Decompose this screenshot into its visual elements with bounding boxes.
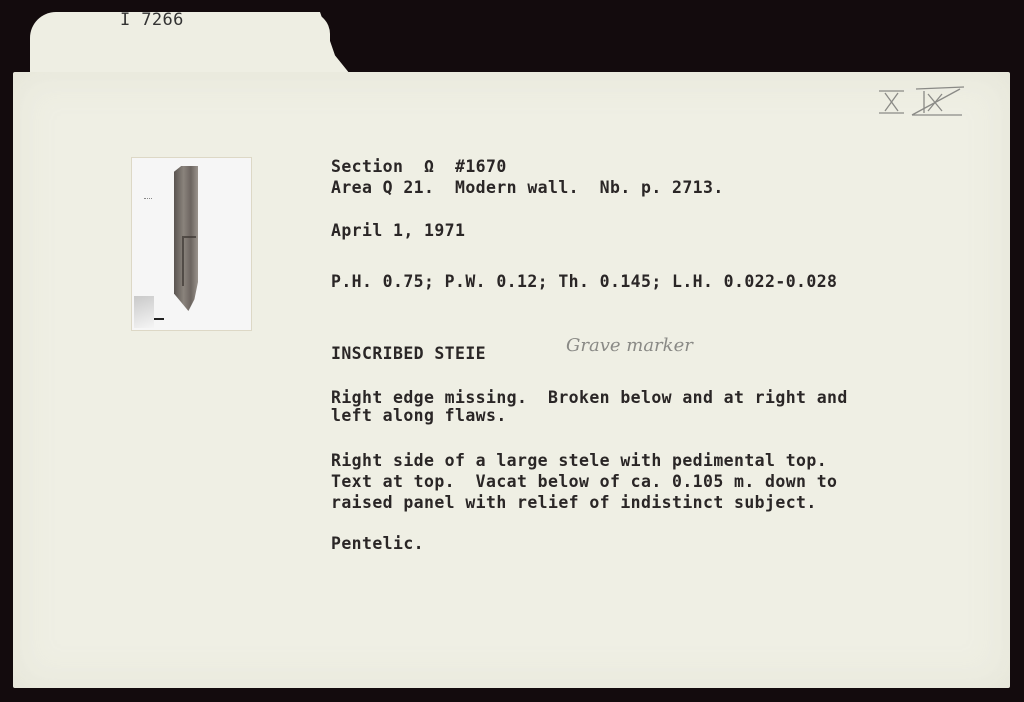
- relief-panel-outline: [182, 236, 196, 286]
- dimensions: P.H. 0.75; P.W. 0.12; Th. 0.145; L.H. 0.…: [331, 273, 837, 291]
- condition-line-2: left along flaws.: [331, 407, 507, 425]
- scanned-index-card: I 7266 Section Ω #1670 Area Q 21. Modern…: [0, 0, 1024, 702]
- material: Pentelic.: [331, 535, 424, 553]
- photo-mark: [144, 198, 152, 203]
- artifact-photo: [131, 157, 252, 331]
- inventory-number: I 7266: [120, 11, 184, 29]
- section-line: Section Ω #1670: [331, 158, 507, 176]
- area-line: Area Q 21. Modern wall. Nb. p. 2713.: [331, 179, 724, 197]
- object-title: INSCRIBED STEIE: [331, 345, 486, 363]
- condition-line-1: Right edge missing. Broken below and at …: [331, 389, 848, 407]
- handwritten-note: Grave marker: [566, 335, 693, 356]
- date: April 1, 1971: [331, 222, 465, 240]
- scale-bar: [154, 318, 164, 320]
- description-line-2: Text at top. Vacat below of ca. 0.105 m.…: [331, 473, 837, 491]
- description-line-3: raised panel with relief of indistinct s…: [331, 494, 817, 512]
- photo-corner-shadow: [134, 296, 154, 328]
- description-line-1: Right side of a large stele with pedimen…: [331, 452, 827, 470]
- roman-numeral-annotation: [876, 86, 966, 122]
